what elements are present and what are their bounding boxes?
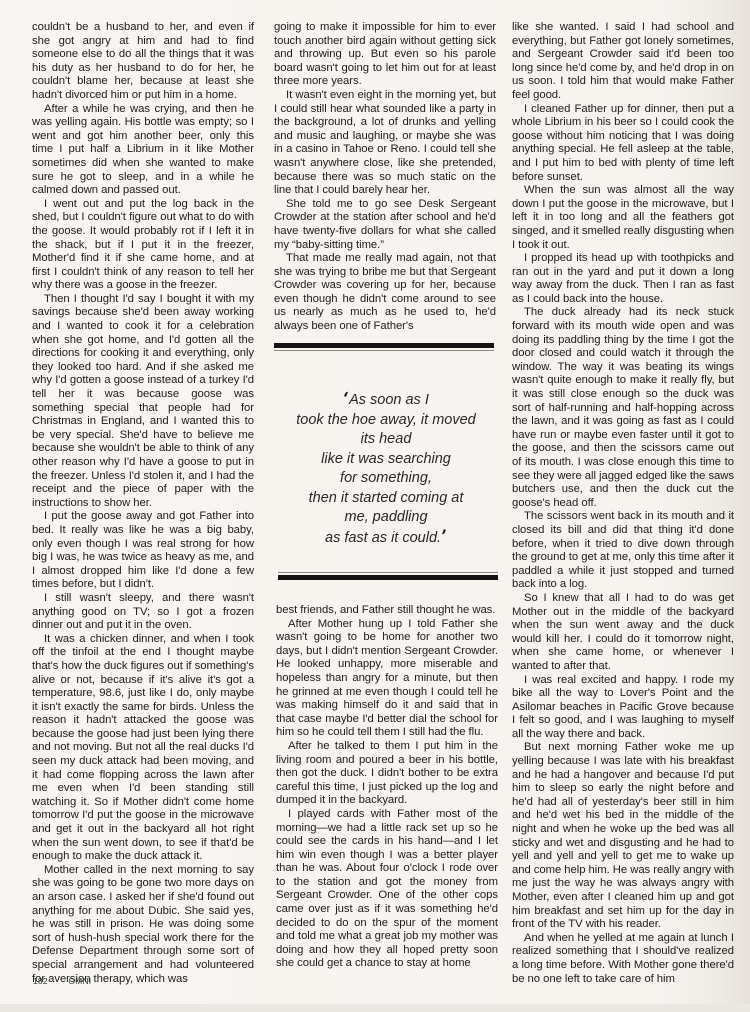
page-folio: 182 OMNI [33,976,109,986]
paragraph: It was a chicken dinner, and when I took… [32,633,254,864]
pull-quote-line: as fast as it could.’ [274,528,498,549]
text-column-2-bottom: best friends, and Father still thought h… [276,604,498,971]
pull-quote-line: like it was searching [274,450,498,470]
pull-quote-top-rule [274,343,494,348]
paragraph: I propped its head up with toothpicks an… [512,252,734,306]
paragraph: best friends, and Father still thought h… [276,604,498,618]
paragraph: After Mother hung up I told Father she w… [276,618,498,740]
paragraph: The duck already had its neck stuck forw… [512,306,734,510]
page-number: 182 [33,976,48,986]
close-quote-icon: ’ [441,527,447,547]
pull-quote-line: its head [274,430,498,450]
paragraph: It wasn't even eight in the morning yet,… [274,89,496,198]
paragraph: So I knew that all I had to do was get M… [512,592,734,674]
paragraph: couldn't be a husband to her, and even i… [32,21,254,103]
page-bottom-edge [0,1004,750,1012]
paragraph: Mother called in the next morning to say… [32,864,254,986]
paragraph: like she wanted. I said I had school and… [512,21,734,103]
pull-quote-line: then it started coming at [274,489,498,509]
paragraph: After a while he was crying, and then he… [32,103,254,198]
pull-quote-line: for something, [274,469,498,489]
paragraph: And when he yelled at me again at lunch … [512,932,734,986]
paragraph: I still wasn't sleepy, and there wasn't … [32,592,254,633]
magazine-name: OMNI [68,976,91,986]
paragraph: The scissors went back in its mouth and … [512,510,734,592]
paragraph: I was real excited and happy. I rode my … [512,674,734,742]
paragraph: going to make it impossible for him to e… [274,21,496,89]
pull-quote-line: me, paddling [274,508,498,528]
text-column-3: like she wanted. I said I had school and… [512,21,734,986]
pull-quote-block: ‘As soon as I took the hoe away, it move… [274,343,498,583]
pull-quote-bottom-rule [278,575,498,580]
pull-quote-line: took the hoe away, it moved [274,411,498,431]
paragraph: She told me to go see Desk Sergeant Crow… [274,198,496,252]
pull-quote: ‘As soon as I took the hoe away, it move… [274,390,498,548]
paragraph: I went out and put the log back in the s… [32,198,254,293]
pull-quote-line: ‘As soon as I [274,390,498,411]
text-column-1: couldn't be a husband to her, and even i… [32,21,254,986]
paragraph: I put the goose away and got Father into… [32,510,254,592]
paragraph: When the sun was almost all the way down… [512,184,734,252]
paragraph: I played cards with Father most of the m… [276,808,498,971]
paragraph: I cleaned Father up for dinner, then put… [512,103,734,185]
magazine-page: couldn't be a husband to her, and even i… [0,0,750,1012]
paragraph: Then I thought I'd say I bought it with … [32,293,254,511]
paragraph: That made me really mad again, not that … [274,252,496,334]
text-column-2-top: going to make it impossible for him to e… [274,21,496,334]
paragraph: After he talked to them I put him in the… [276,740,498,808]
paragraph: But next morning Father woke me up yelli… [512,741,734,931]
